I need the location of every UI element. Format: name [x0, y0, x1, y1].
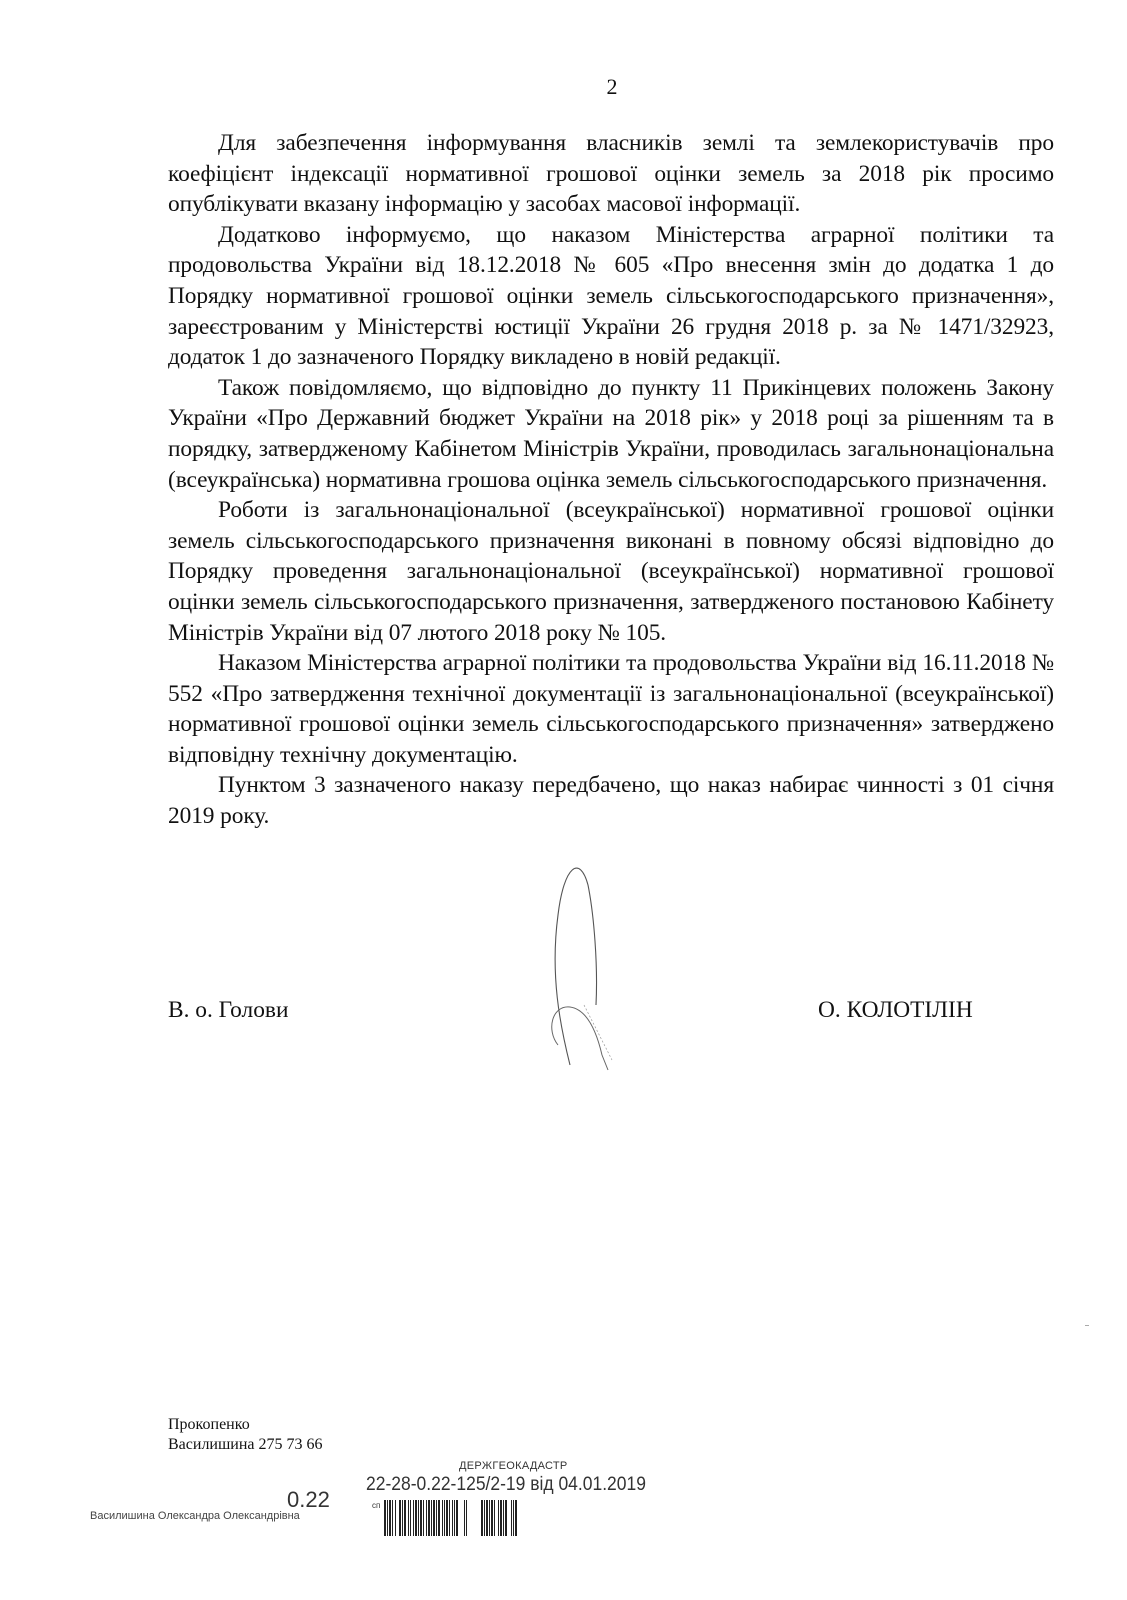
paragraph-order-552: Наказом Міністерства аграрної політики т…: [168, 648, 1054, 770]
signer-position: В. о. Голови: [168, 997, 288, 1024]
registration-employee: Василишина Олександра Олександрівна: [90, 1510, 300, 1522]
handwritten-signature-icon: [540, 855, 640, 1075]
paragraph-works-completed: Роботи із загальнонаціональної (всеукраї…: [168, 495, 1054, 648]
document-page: 2 Для забезпечення інформування власникі…: [0, 0, 1127, 1600]
executors: Прокопенко Василишина 275 73 66: [168, 1415, 323, 1455]
executor-1: Прокопенко: [168, 1415, 323, 1435]
paragraph-effective-date: Пунктом 3 зазначеного наказу передбачено…: [168, 770, 1054, 831]
scan-mark: [1085, 1325, 1089, 1326]
barcode-icon: [384, 1500, 660, 1536]
registration-number: 22-28-0.22-125/2-19 від 04.01.2019: [366, 1474, 646, 1496]
paragraph-budget-law: Також повідомляємо, що відповідно до пун…: [168, 373, 1054, 495]
registration-organization: ДЕРЖГЕОКАДАСТР: [459, 1460, 568, 1472]
executor-2-phone: Василишина 275 73 66: [168, 1435, 323, 1455]
letter-body: Для забезпечення інформування власників …: [168, 128, 1054, 832]
registration-prefix: сп: [372, 1501, 380, 1510]
paragraph-publication-request: Для забезпечення інформування власників …: [168, 128, 1054, 220]
signer-name: О. КОЛОТІЛІН: [818, 997, 973, 1024]
page-number: 2: [0, 74, 1127, 100]
paragraph-order-605: Додатково інформуємо, що наказом Міністе…: [168, 220, 1054, 373]
